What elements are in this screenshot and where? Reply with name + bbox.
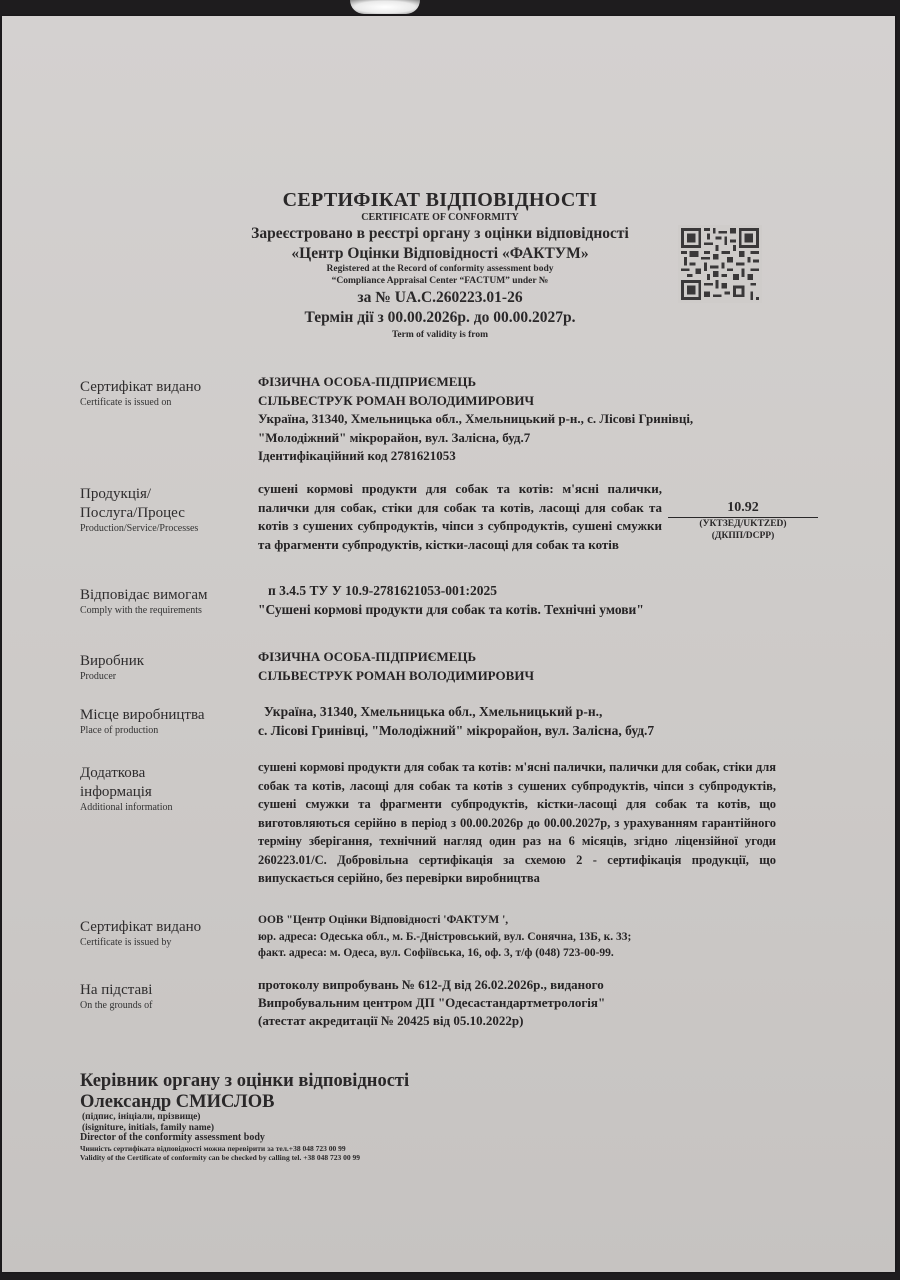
registered-en-line-1: Registered at the Record of conformity a… — [205, 264, 675, 276]
registered-line-2: «Центр Оцінки Відповідності «ФАКТУМ» — [205, 244, 675, 264]
accreditation-certificate: (атестат акредитації № 20425 від 05.10.2… — [258, 1012, 718, 1030]
background-light-glare — [350, 0, 420, 14]
additional-information: сушені кормові продукти для собак та кот… — [258, 758, 776, 888]
registered-line-1: Зареєстровано в реєстрі органу з оцінки … — [205, 224, 675, 244]
issued-by-value: ООВ "Центр Оцінки Відповідності 'ФАКТУМ … — [258, 912, 758, 962]
holder-address-2: "Молодіжний" мікрорайон, вул. Залісна, б… — [258, 429, 828, 448]
product-code-box: 10.92 (УКТЗЕД/UKTZED) (ДКПП/DCPP) — [668, 500, 818, 542]
issuer-name: ООВ "Центр Оцінки Відповідності 'ФАКТУМ … — [258, 912, 758, 929]
test-protocol: протоколу випробувань № 612-Д від 26.02.… — [258, 976, 718, 994]
director-title-en: Director of the conformity assessment bo… — [80, 1133, 540, 1144]
validity-term-en: Term of validity is from — [205, 328, 675, 342]
holder-type: ФІЗИЧНА ОСОБА-ПІДПРИЄМЕЦЬ — [258, 373, 828, 392]
place-address-2: с. Лісові Гринівці, "Молодіжний" мікрора… — [258, 722, 798, 741]
issued-by-label: Сертифікат видано Certificate is issued … — [80, 918, 201, 949]
producer-label-ua: Виробник — [80, 652, 144, 671]
director-title: Керівник органу з оцінки відповідності — [80, 1070, 540, 1092]
signature-caption-ua: (підпис, ініціали, прізвище) — [80, 1112, 540, 1123]
director-name: Олександр СМИСЛОВ — [80, 1092, 540, 1112]
validity-check-ua: Чинність сертифіката відповідності можна… — [80, 1144, 540, 1154]
place-label: Місце виробництва Place of production — [80, 706, 205, 737]
additional-label: Додаткова інформація Additional informat… — [80, 764, 173, 814]
certificate-title-en: CERTIFICATE OF CONFORMITY — [205, 212, 675, 224]
test-center: Випробувальним центром ДП "Одесастандарт… — [258, 994, 718, 1012]
registered-en-line-2: “Compliance Appraisal Center “FACTUM” un… — [205, 276, 675, 288]
requirements-label: Відповідає вимогам Comply with the requi… — [80, 586, 207, 617]
place-address-1: Україна, 31340, Хмельницька обл., Хмельн… — [258, 703, 798, 722]
additional-label-ua-1: Додаткова — [80, 764, 173, 783]
producer-name: СІЛЬВЕСТРУК РОМАН ВОЛОДИМИРОВИЧ — [258, 667, 778, 686]
product-description: сушені кормові продукти для собак та кот… — [258, 480, 662, 554]
place-label-ua: Місце виробництва — [80, 706, 205, 725]
grounds-value: протоколу випробувань № 612-Д від 26.02.… — [258, 976, 718, 1030]
place-value: Україна, 31340, Хмельницька обл., Хмельн… — [258, 703, 798, 740]
issued-by-label-en: Certificate is issued by — [80, 937, 201, 949]
product-code-label-2: (ДКПП/DCPP) — [668, 530, 818, 542]
requirements-value: п 3.4.5 ТУ У 10.9-2781621053-001:2025 "С… — [258, 582, 778, 619]
additional-label-ua-2: інформація — [80, 783, 173, 802]
certificate-header: СЕРТИФІКАТ ВІДПОВІДНОСТІ CERTIFICATE OF … — [205, 188, 675, 342]
producer-label: Виробник Producer — [80, 652, 144, 683]
requirements-label-en: Comply with the requirements — [80, 605, 207, 617]
holder-id-code: Ідентифікаційний код 2781621053 — [258, 447, 828, 466]
product-label-en: Production/Service/Processes — [80, 523, 198, 535]
product-label-ua-1: Продукція/ — [80, 485, 198, 504]
producer-label-en: Producer — [80, 671, 144, 683]
producer-value: ФІЗИЧНА ОСОБА-ПІДПРИЄМЕЦЬ СІЛЬВЕСТРУК РО… — [258, 648, 778, 685]
requirements-standard: п 3.4.5 ТУ У 10.9-2781621053-001:2025 — [258, 582, 778, 601]
signature-block: Керівник органу з оцінки відповідності О… — [80, 1070, 540, 1163]
additional-label-en: Additional information — [80, 802, 173, 814]
validity-check-en: Validity of the Certificate of conformit… — [80, 1153, 540, 1163]
issued-on-label-en: Certificate is issued on — [80, 397, 201, 409]
certificate-number: за № UA.C.260223.01-26 — [205, 288, 675, 308]
issuer-legal-address: юр. адреса: Одеська обл., м. Б.-Дністров… — [258, 929, 758, 946]
certificate-title: СЕРТИФІКАТ ВІДПОВІДНОСТІ — [205, 188, 675, 212]
product-label-ua-2: Послуга/Процес — [80, 504, 198, 523]
issued-on-label: Сертифікат видано Certificate is issued … — [80, 378, 201, 409]
producer-type: ФІЗИЧНА ОСОБА-ПІДПРИЄМЕЦЬ — [258, 648, 778, 667]
grounds-label-ua: На підставі — [80, 981, 153, 1000]
place-label-en: Place of production — [80, 725, 205, 737]
issued-by-label-ua: Сертифікат видано — [80, 918, 201, 937]
grounds-label-en: On the grounds of — [80, 1000, 153, 1012]
issuer-actual-address: факт. адреса: м. Одеса, вул. Софіївська,… — [258, 945, 758, 962]
product-code: 10.92 — [668, 500, 818, 518]
requirements-title: "Сушені кормові продукти для собак та ко… — [258, 601, 778, 620]
issued-on-value: ФІЗИЧНА ОСОБА-ПІДПРИЄМЕЦЬ СІЛЬВЕСТРУК РО… — [258, 373, 828, 466]
issued-on-label-ua: Сертифікат видано — [80, 378, 201, 397]
holder-address-1: Україна, 31340, Хмельницька обл., Хмельн… — [258, 410, 828, 429]
validity-term: Термін дії з 00.00.2026р. до 00.00.2027р… — [205, 308, 675, 328]
holder-name: СІЛЬВЕСТРУК РОМАН ВОЛОДИМИРОВИЧ — [258, 392, 828, 411]
qr-code-icon — [678, 225, 762, 303]
requirements-label-ua: Відповідає вимогам — [80, 586, 207, 605]
product-label: Продукція/ Послуга/Процес Production/Ser… — [80, 485, 198, 535]
product-code-label-1: (УКТЗЕД/UKTZED) — [668, 518, 818, 530]
grounds-label: На підставі On the grounds of — [80, 981, 153, 1012]
